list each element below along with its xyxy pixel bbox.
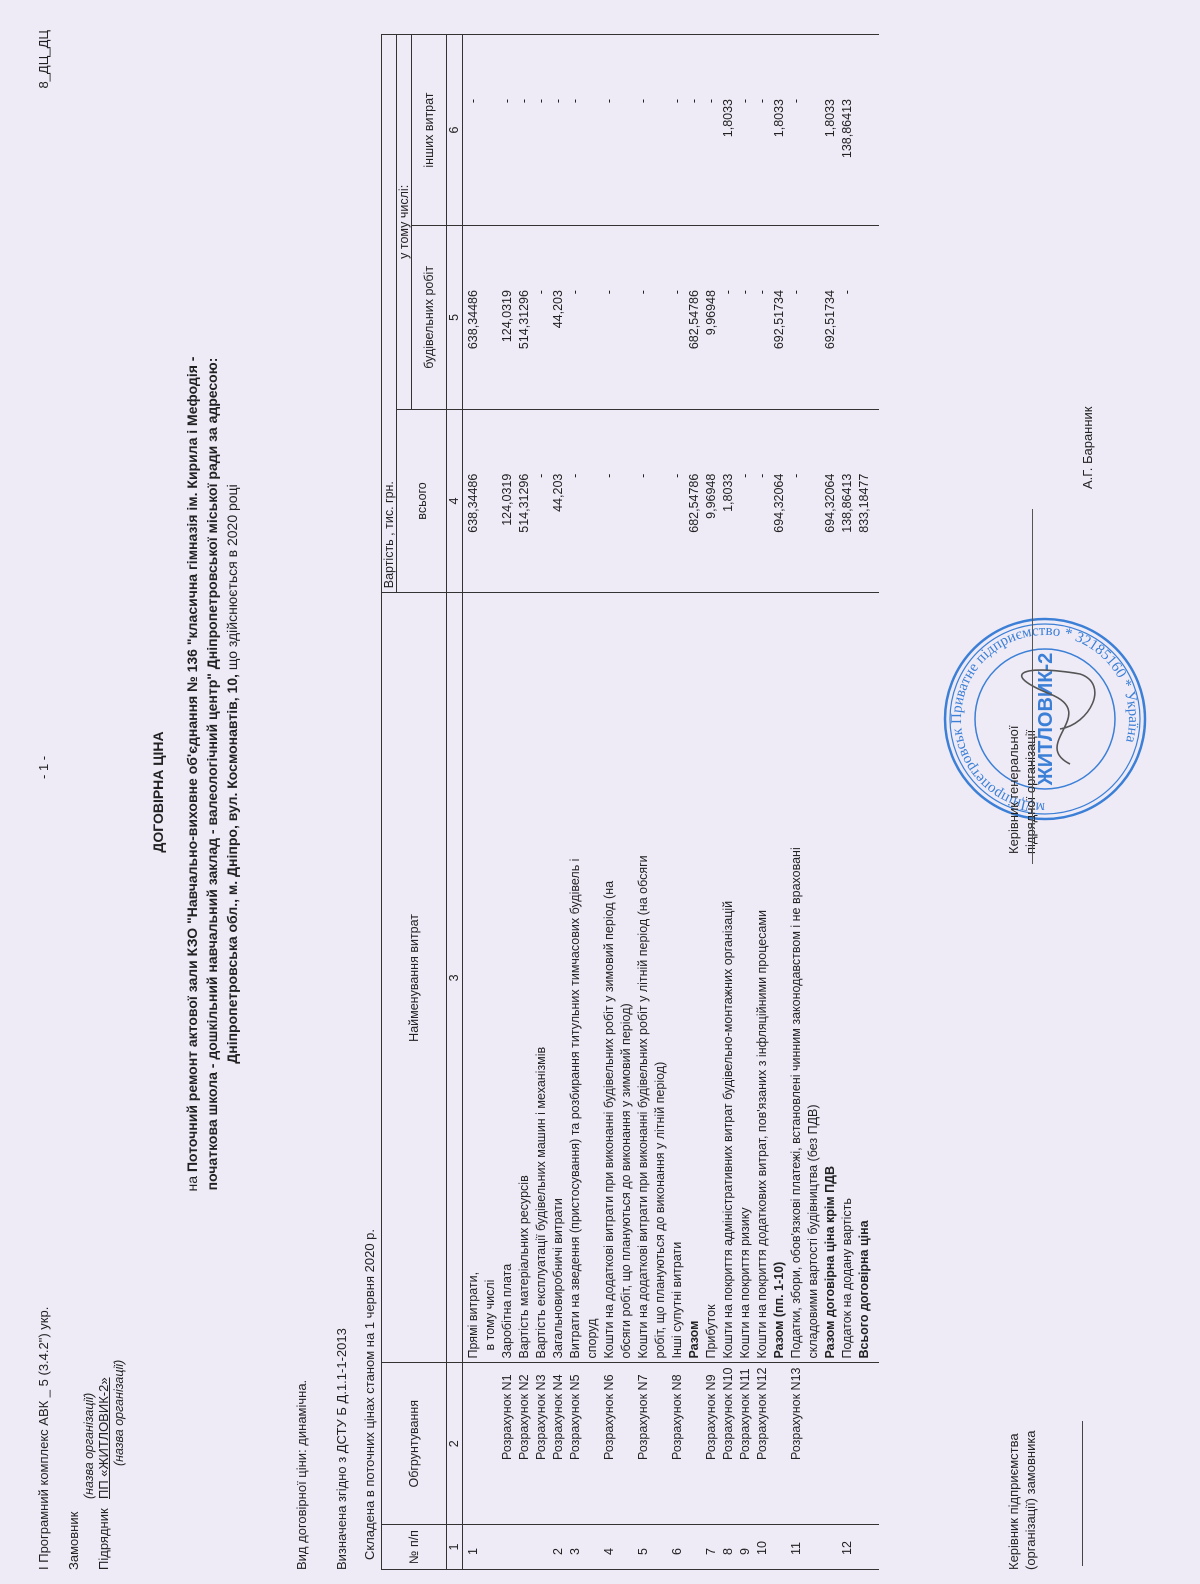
subtitle-line-2: початкова школа - дошкільний навчальний … [202, 24, 222, 1524]
subtitle-line-1: Поточний ремонт актової зали КЗО "Навчал… [184, 357, 200, 1172]
cell-name: в тому числі [482, 597, 499, 1358]
cell-num [822, 1529, 839, 1565]
customer-signature-label-2: (організації) замовника [1022, 1430, 1039, 1570]
cell-total: 124,0319 [499, 414, 516, 589]
cell-construction: 682,54786 [686, 230, 703, 405]
column-number: 3 [447, 593, 463, 1363]
cell-construction: - [533, 230, 550, 405]
cell-name: Разом договірна ціна крім ПДВ [822, 597, 839, 1358]
cell-construction: 692,51734 [822, 230, 839, 405]
cell-just [805, 1368, 822, 1520]
cell-total: - [737, 414, 754, 589]
cell-total: 138,86413 [839, 414, 856, 589]
cell-num: 10 [754, 1529, 771, 1565]
customer-label: Замовник [66, 1512, 81, 1570]
cell-num: 3 [567, 1529, 584, 1565]
cell-just [839, 1368, 856, 1520]
cell-total: 1,8033 [720, 414, 737, 589]
cell-name: Податки, збори, обов'язкові платежі, вст… [788, 597, 805, 1358]
contractor-label: Підрядник [96, 1508, 111, 1570]
cell-construction: 9,96948 [703, 230, 720, 405]
name-column: Прямі витрати,в тому числіЗаробітна плат… [465, 597, 873, 1358]
cell-name: обсяги робіт, що плануються до виконання… [618, 597, 635, 1358]
cell-other [584, 39, 601, 221]
cell-other: - [737, 39, 754, 221]
header-num: № п/п [382, 1524, 447, 1569]
cell-num [516, 1529, 533, 1565]
cell-name: Загальновиробничі витрати [550, 597, 567, 1358]
cell-total [482, 414, 499, 589]
cell-num [856, 1529, 873, 1565]
cell-construction: - [788, 230, 805, 405]
cell-other: - [499, 39, 516, 221]
column-number: 2 [447, 1363, 463, 1524]
cell-num: 7 [703, 1529, 720, 1565]
cell-construction: 124,0319 [499, 230, 516, 405]
cell-construction: 44,203 [550, 230, 567, 405]
cell-num: 12 [839, 1529, 856, 1565]
cell-just: Розрахунок N12 [754, 1368, 771, 1520]
cell-total: - [601, 414, 618, 589]
contractor-signature-label-1: Керівник генеральної [1005, 725, 1022, 854]
header-construction: будівельних робіт [412, 226, 447, 410]
column-number: 1 [447, 1524, 463, 1569]
page-number: - 1 - [36, 756, 51, 779]
document-subtitle: на Поточний ремонт актової зали КЗО "Нав… [182, 24, 242, 1524]
cell-just: Розрахунок N10 [720, 1368, 737, 1520]
contractor-signature-label-2: підрядної організації [1022, 725, 1039, 854]
cell-name: Податок на додану вартість [839, 597, 856, 1358]
cell-name: Витрати на зведення (пристосування) та р… [567, 597, 584, 1358]
column-number: 6 [447, 35, 463, 226]
cell-total: 682,54786 [686, 414, 703, 589]
total-column: 638,34486124,0319514,31296-44,203----682… [465, 414, 873, 589]
other-column: -----------1,8033--1,8033-1,8033138,8641… [465, 39, 873, 221]
cell-total: 638,34486 [465, 414, 482, 589]
contract-price-document: І Програмний комплекс АВК _ 5 (3.4.2") у… [0, 0, 1200, 1584]
cell-other: - [703, 39, 720, 221]
cell-construction: 692,51734 [771, 230, 788, 405]
cell-total: - [635, 414, 652, 589]
cell-construction: - [754, 230, 771, 405]
cell-construction: - [737, 230, 754, 405]
construction-column: 638,34486124,0319514,31296-44,203----682… [465, 230, 873, 405]
cell-name: Всього договірна ціна [856, 597, 873, 1358]
cell-name: Заробітна плата [499, 597, 516, 1358]
header-other: інших витрат [412, 35, 447, 226]
cell-num: 11 [788, 1529, 805, 1565]
cell-construction [652, 230, 669, 405]
cell-other [618, 39, 635, 221]
cell-other: - [533, 39, 550, 221]
cell-total: 694,32064 [771, 414, 788, 589]
cell-other: 138,86413 [839, 39, 856, 221]
document-code: 8_ДЦ_ДЦ [36, 30, 51, 89]
document-title: ДОГОВІРНА ЦІНА [150, 0, 166, 1584]
cell-other: 1,8033 [771, 39, 788, 221]
cell-other: - [465, 39, 482, 221]
cell-num [771, 1529, 788, 1565]
cell-construction [618, 230, 635, 405]
cell-total: 694,32064 [822, 414, 839, 589]
cell-just [686, 1368, 703, 1520]
header-incl: у тому числі: [397, 35, 412, 410]
cell-just: Розрахунок N3 [533, 1368, 550, 1520]
cell-just [584, 1368, 601, 1520]
cell-other: - [635, 39, 652, 221]
cell-other [482, 39, 499, 221]
cell-total [584, 414, 601, 589]
customer-signature-label-1: Керівник підприємства [1005, 1430, 1022, 1570]
cell-other [652, 39, 669, 221]
cell-name: Кошти на покриття додаткових витрат, пов… [754, 597, 771, 1358]
cell-construction: 514,31296 [516, 230, 533, 405]
column-number: 5 [447, 226, 463, 410]
table-body-row: 123456789101112 Розрахунок N1Розрахунок … [463, 35, 880, 1570]
cell-construction [856, 230, 873, 405]
cell-other [805, 39, 822, 221]
contractor-signature-label: Керівник генеральної підрядної організац… [1005, 725, 1039, 854]
cell-construction: - [839, 230, 856, 405]
cell-num [805, 1529, 822, 1565]
program-complex-label: І Програмний комплекс АВК _ 5 (3.4.2") у… [36, 1307, 51, 1570]
cell-name: Кошти на покриття адміністративних витра… [720, 597, 737, 1358]
cell-just: Розрахунок N9 [703, 1368, 720, 1520]
price-type: Вид договірної ціни: динамічна. [294, 1380, 309, 1570]
customer-signature-line [1082, 1421, 1083, 1566]
subtitle-prefix: на [184, 1176, 200, 1192]
cell-just: Розрахунок N11 [737, 1368, 754, 1520]
cell-num: 4 [601, 1529, 618, 1565]
cell-just: Розрахунок N2 [516, 1368, 533, 1520]
estimate-table: № п/п Обгрунтування Найменування витрат … [381, 34, 879, 1570]
composed-at: Складена в поточних цінах станом на 1 че… [362, 1229, 377, 1560]
cell-name: складовими вартості будівництва (без ПДВ… [805, 597, 822, 1358]
cell-total [652, 414, 669, 589]
cell-total: - [754, 414, 771, 589]
cell-just: Розрахунок N5 [567, 1368, 584, 1520]
cell-total [618, 414, 635, 589]
company-stamp-icon: м.Дніпропетровськ Приватне підприємство … [940, 614, 1150, 824]
cell-total: - [533, 414, 550, 589]
cell-total: - [567, 414, 584, 589]
cell-name: Прямі витрати, [465, 597, 482, 1358]
cell-construction [482, 230, 499, 405]
cell-construction: - [567, 230, 584, 405]
cell-just: Розрахунок N13 [788, 1368, 805, 1520]
cell-just [652, 1368, 669, 1520]
cell-just [465, 1368, 482, 1520]
cell-total: 833,18477 [856, 414, 873, 589]
cell-other: - [669, 39, 686, 221]
cell-construction [805, 230, 822, 405]
cell-name: Разом (пп. 1-10) [771, 597, 788, 1358]
header-justification: Обгрунтування [382, 1363, 447, 1524]
subtitle-line-3: Дніпропетровська обл., м. Дніпро, вул. К… [224, 674, 240, 1064]
cell-name: Інші супутні витрати [669, 597, 686, 1358]
cell-total [805, 414, 822, 589]
cell-construction: - [601, 230, 618, 405]
header-name: Найменування витрат [382, 593, 447, 1363]
column-number: 4 [447, 409, 463, 593]
cell-just [771, 1368, 788, 1520]
contractor-name: ПП «ЖИТЛОВИК-2» [96, 1377, 111, 1499]
cell-num [686, 1529, 703, 1565]
cell-name: Разом [686, 597, 703, 1358]
cell-name: Вартість матеріальних ресурсів [516, 597, 533, 1358]
cell-construction: - [635, 230, 652, 405]
cell-just [618, 1368, 635, 1520]
cell-total: 514,31296 [516, 414, 533, 589]
cell-just: Розрахунок N8 [669, 1368, 686, 1520]
cell-num: 8 [720, 1529, 737, 1565]
cell-just: Розрахунок N6 [601, 1368, 618, 1520]
cell-total: - [669, 414, 686, 589]
cell-num: 2 [550, 1529, 567, 1565]
cell-other: 1,8033 [822, 39, 839, 221]
cell-other: - [788, 39, 805, 221]
cell-just: Розрахунок N7 [635, 1368, 652, 1520]
cell-name: Кошти на покриття ризику [737, 597, 754, 1358]
header-cost: Вартість , тис. грн. [382, 35, 397, 593]
determined-by: Визначена згідно з ДСТУ Б Д.1.1-1-2013 [334, 1328, 349, 1570]
cell-just [856, 1368, 873, 1520]
cell-num [618, 1529, 635, 1565]
cell-total: 9,96948 [703, 414, 720, 589]
cell-construction [584, 230, 601, 405]
num-column: 123456789101112 [465, 1529, 873, 1565]
cell-num: 6 [669, 1529, 686, 1565]
column-numbers-row: 123456 [447, 35, 463, 1570]
cell-just [822, 1368, 839, 1520]
cell-other: - [686, 39, 703, 221]
cell-num [482, 1529, 499, 1565]
cell-other: - [601, 39, 618, 221]
cell-num [533, 1529, 550, 1565]
cell-num: 5 [635, 1529, 652, 1565]
contractor-signature-line [1032, 509, 1033, 864]
cell-name: робіт, що плануються до виконання у літн… [652, 597, 669, 1358]
header-total: всього [397, 409, 447, 593]
customer-name-hint: (назва організації) [82, 1393, 96, 1499]
cell-name: Прибуток [703, 597, 720, 1358]
cell-total: 44,203 [550, 414, 567, 589]
contractor-name-hint: (назва організації) [112, 1360, 126, 1466]
cell-name: Вартість експлуатації будівельних машин … [533, 597, 550, 1358]
customer-signature-label: Керівник підприємства (організації) замо… [1005, 1430, 1039, 1570]
cell-num [584, 1529, 601, 1565]
justification-column: Розрахунок N1Розрахунок N2Розрахунок N3Р… [465, 1368, 873, 1520]
cell-construction: - [669, 230, 686, 405]
cell-construction: - [720, 230, 737, 405]
cell-other: - [516, 39, 533, 221]
cell-construction: 638,34486 [465, 230, 482, 405]
cell-just [482, 1368, 499, 1520]
cell-num: 1 [465, 1529, 482, 1565]
contractor-director-name: А.Г. Баранник [1080, 407, 1095, 490]
cell-total: - [788, 414, 805, 589]
cell-other: 1,8033 [720, 39, 737, 221]
subtitle-line-3-suffix: що здійснюється в 2020 році [224, 484, 240, 670]
cell-num: 9 [737, 1529, 754, 1565]
cell-name: Кошти на додаткові витрати при виконанні… [601, 597, 618, 1358]
cell-other [856, 39, 873, 221]
cell-just: Розрахунок N1 [499, 1368, 516, 1520]
cell-other: - [754, 39, 771, 221]
cell-num [652, 1529, 669, 1565]
cell-just: Розрахунок N4 [550, 1368, 567, 1520]
cell-other: - [567, 39, 584, 221]
cell-num [499, 1529, 516, 1565]
cell-name: споруд [584, 597, 601, 1358]
cell-other: - [550, 39, 567, 221]
cell-name: Кошти на додаткові витрати при виконанні… [635, 597, 652, 1358]
